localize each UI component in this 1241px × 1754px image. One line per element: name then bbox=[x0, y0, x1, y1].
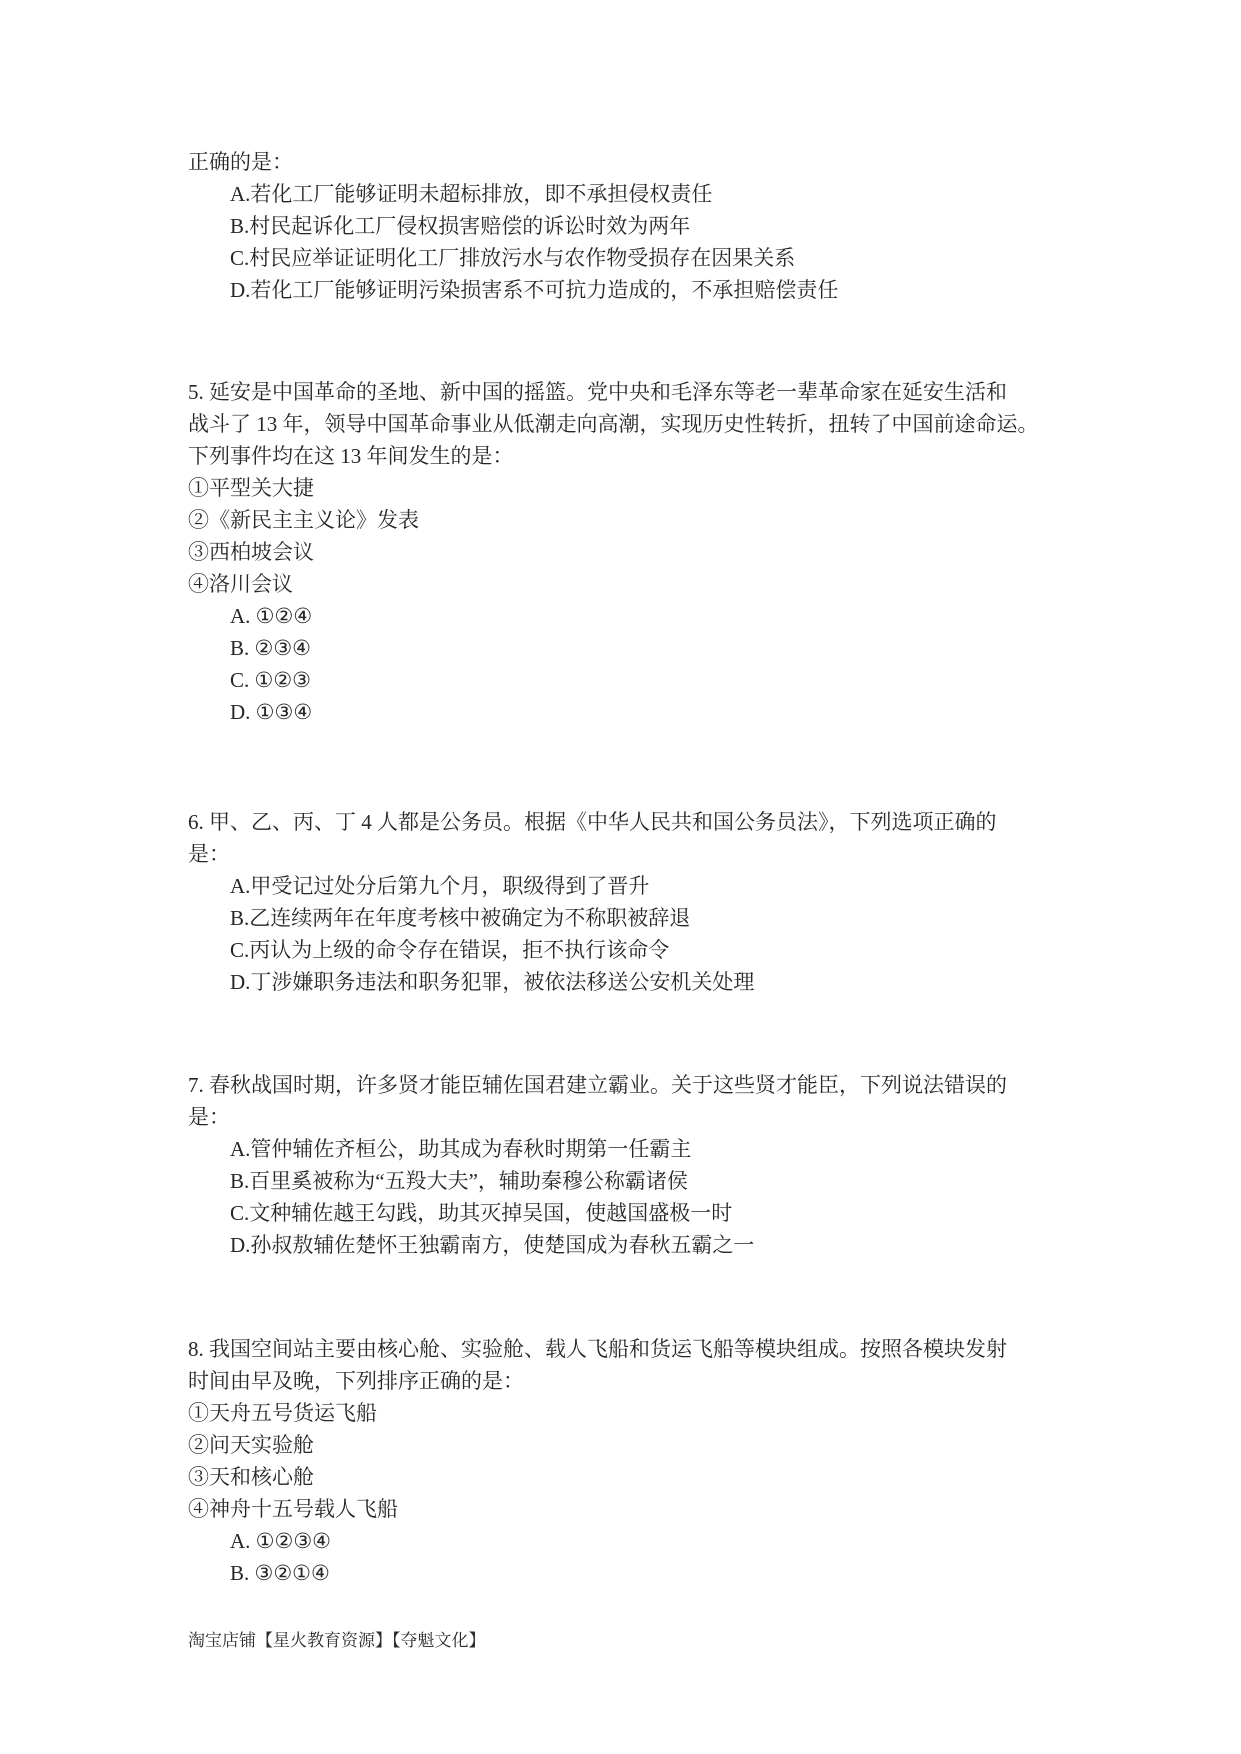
footer-shop-note: 淘宝店铺【星火教育资源】【夺魁文化】 bbox=[188, 1629, 1101, 1653]
question-8-item-3: ③天和核心舱 bbox=[188, 1461, 1101, 1493]
question-7-stem-line-2: 是： bbox=[188, 1101, 1101, 1133]
question-5-option-d: D. ①③④ bbox=[188, 696, 1101, 728]
question-5-stem-line-3: 下列事件均在这 13 年间发生的是： bbox=[188, 440, 1101, 472]
question-7-option-b: B.百里奚被称为“五羖大夫”，辅助秦穆公称霸诸侯 bbox=[188, 1165, 1101, 1197]
question-6-option-a: A.甲受记过处分后第九个月，职级得到了晋升 bbox=[188, 870, 1101, 902]
question-7-block: 7. 春秋战国时期，许多贤才能臣辅佐国君建立霸业。关于这些贤才能臣，下列说法错误… bbox=[188, 1069, 1101, 1261]
question-5-item-3: ③西柏坡会议 bbox=[188, 536, 1101, 568]
question-5-option-c: C. ①②③ bbox=[188, 664, 1101, 696]
question-4-block: 正确的是： A.若化工厂能够证明未超标排放，即不承担侵权责任 B.村民起诉化工厂… bbox=[188, 146, 1101, 306]
exam-document-page: 正确的是： A.若化工厂能够证明未超标排放，即不承担侵权责任 B.村民起诉化工厂… bbox=[0, 0, 1241, 1754]
question-8-stem-line-1: 8. 我国空间站主要由核心舱、实验舱、载人飞船和货运飞船等模块组成。按照各模块发… bbox=[188, 1333, 1101, 1365]
question-8-item-2: ②问天实验舱 bbox=[188, 1429, 1101, 1461]
question-6-option-d: D.丁涉嫌职务违法和职务犯罪，被依法移送公安机关处理 bbox=[188, 966, 1101, 998]
question-5-stem-line-2: 战斗了 13 年，领导中国革命事业从低潮走向高潮，实现历史性转折，扭转了中国前途… bbox=[188, 408, 1101, 440]
question-8-option-a: A. ①②③④ bbox=[188, 1525, 1101, 1557]
question-7-option-d: D.孙叔敖辅佐楚怀王独霸南方，使楚国成为春秋五霸之一 bbox=[188, 1229, 1101, 1261]
question-6-stem-line-2: 是： bbox=[188, 838, 1101, 870]
gap-before-question-8 bbox=[188, 1261, 1101, 1333]
question-6-option-c: C.丙认为上级的命令存在错误，拒不执行该命令 bbox=[188, 934, 1101, 966]
question-5-item-2: ②《新民主主义论》发表 bbox=[188, 504, 1101, 536]
question-8-option-b: B. ③②①④ bbox=[188, 1557, 1101, 1589]
question-8-block: 8. 我国空间站主要由核心舱、实验舱、载人飞船和货运飞船等模块组成。按照各模块发… bbox=[188, 1333, 1101, 1589]
question-7-option-c: C.文种辅佐越王勾践，助其灭掉吴国，使越国盛极一时 bbox=[188, 1197, 1101, 1229]
question-6-block: 6. 甲、乙、丙、丁 4 人都是公务员。根据《中华人民共和国公务员法》，下列选项… bbox=[188, 806, 1101, 998]
question-5-option-b: B. ②③④ bbox=[188, 632, 1101, 664]
question-5-item-1: ①平型关大捷 bbox=[188, 472, 1101, 504]
question-5-block: 5. 延安是中国革命的圣地、新中国的摇篮。党中央和毛泽东等老一辈革命家在延安生活… bbox=[188, 376, 1101, 728]
gap-before-question-5 bbox=[188, 306, 1101, 376]
question-5-stem-line-1: 5. 延安是中国革命的圣地、新中国的摇篮。党中央和毛泽东等老一辈革命家在延安生活… bbox=[188, 376, 1101, 408]
question-4-option-c: C.村民应举证证明化工厂排放污水与农作物受损存在因果关系 bbox=[188, 242, 1101, 274]
question-7-stem-line-1: 7. 春秋战国时期，许多贤才能臣辅佐国君建立霸业。关于这些贤才能臣，下列说法错误… bbox=[188, 1069, 1101, 1101]
question-7-option-a: A.管仲辅佐齐桓公，助其成为春秋时期第一任霸主 bbox=[188, 1133, 1101, 1165]
question-6-stem-line-1: 6. 甲、乙、丙、丁 4 人都是公务员。根据《中华人民共和国公务员法》，下列选项… bbox=[188, 806, 1101, 838]
gap-before-question-7 bbox=[188, 998, 1101, 1069]
gap-before-question-6 bbox=[188, 728, 1101, 806]
question-8-item-1: ①天舟五号货运飞船 bbox=[188, 1397, 1101, 1429]
question-4-option-d: D.若化工厂能够证明污染损害系不可抗力造成的，不承担赔偿责任 bbox=[188, 274, 1101, 306]
question-5-item-4: ④洛川会议 bbox=[188, 568, 1101, 600]
question-8-item-4: ④神舟十五号载人飞船 bbox=[188, 1493, 1101, 1525]
gap-before-footer bbox=[188, 1589, 1101, 1629]
question-4-option-a: A.若化工厂能够证明未超标排放，即不承担侵权责任 bbox=[188, 178, 1101, 210]
question-8-stem-line-2: 时间由早及晚，下列排序正确的是： bbox=[188, 1365, 1101, 1397]
question-5-option-a: A. ①②④ bbox=[188, 600, 1101, 632]
question-4-option-b: B.村民起诉化工厂侵权损害赔偿的诉讼时效为两年 bbox=[188, 210, 1101, 242]
question-4-stem-tail: 正确的是： bbox=[188, 146, 1101, 178]
question-6-option-b: B.乙连续两年在年度考核中被确定为不称职被辞退 bbox=[188, 902, 1101, 934]
